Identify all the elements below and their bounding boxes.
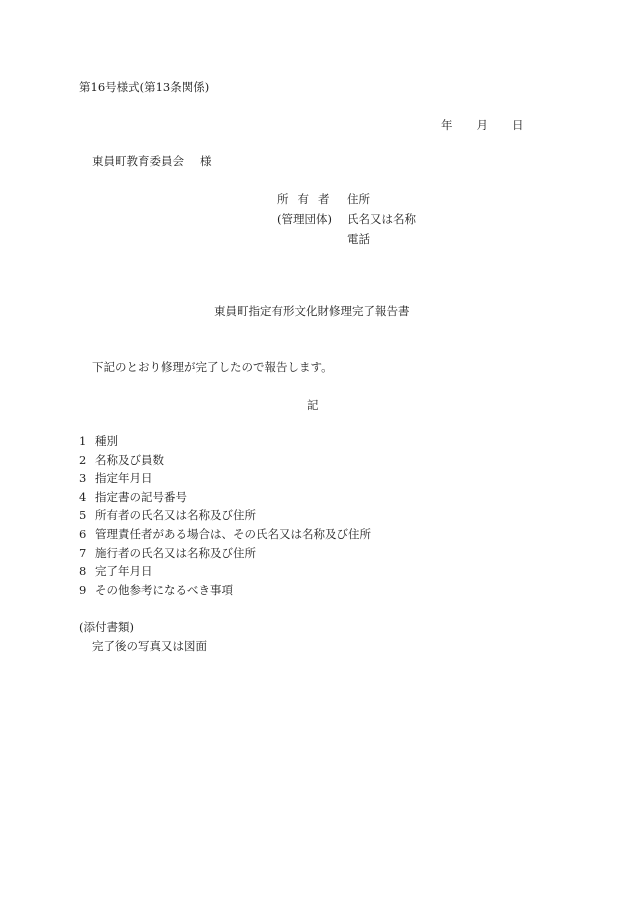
item-number: 6 [79, 529, 95, 548]
list-item: 1種別 [79, 436, 371, 455]
item-text: 指定年月日 [95, 473, 153, 492]
addressee-name: 東員町教育委員会 [92, 154, 184, 168]
list-item: 9その他参考になるべき事項 [79, 585, 371, 604]
list-item: 6管理責任者がある場合は、その氏名又は名称及び住所 [79, 529, 371, 548]
date-day-label: 日 [512, 120, 524, 132]
item-text: 管理責任者がある場合は、その氏名又は名称及び住所 [95, 529, 371, 548]
addressee: 東員町教育委員会様 [92, 156, 212, 168]
item-number: 9 [79, 585, 95, 604]
owner-phone-row: 電話 [277, 234, 416, 254]
item-number: 1 [79, 436, 95, 455]
owner-address-field: 住所 [347, 194, 370, 206]
date-line: 年月日 [441, 120, 524, 132]
management-group-label: (管理団体) [277, 214, 347, 226]
form-number: 第16号様式(第13条関係) [79, 82, 209, 94]
attachments-body: 完了後の写真又は図面 [92, 641, 207, 653]
item-text: その他参考になるべき事項 [95, 585, 233, 604]
owner-block: 所有者 住所 (管理団体) 氏名又は名称 電話 [277, 194, 416, 254]
document-title: 東員町指定有形文化財修理完了報告書 [214, 306, 410, 318]
owner-name-row: (管理団体) 氏名又は名称 [277, 214, 416, 234]
list-item: 8完了年月日 [79, 566, 371, 585]
intro-text: 下記のとおり修理が完了したので報告します。 [92, 362, 333, 374]
list-item: 3指定年月日 [79, 473, 371, 492]
owner-label: 所有者 [277, 194, 347, 206]
attachments-heading: (添付書類) [79, 622, 134, 634]
addressee-honorific: 様 [200, 154, 212, 168]
item-text: 種別 [95, 436, 118, 455]
owner-phone-field: 電話 [347, 234, 370, 246]
date-month-label: 月 [477, 120, 489, 132]
item-text: 完了年月日 [95, 566, 153, 585]
item-number: 3 [79, 473, 95, 492]
item-number: 8 [79, 566, 95, 585]
owner-name-field: 氏名又は名称 [347, 214, 416, 226]
ki-heading: 記 [307, 400, 319, 412]
date-year-label: 年 [441, 120, 453, 132]
item-list: 1種別 2名称及び員数 3指定年月日 4指定書の記号番号 5所有者の氏名又は名称… [79, 436, 371, 603]
owner-address-row: 所有者 住所 [277, 194, 416, 214]
